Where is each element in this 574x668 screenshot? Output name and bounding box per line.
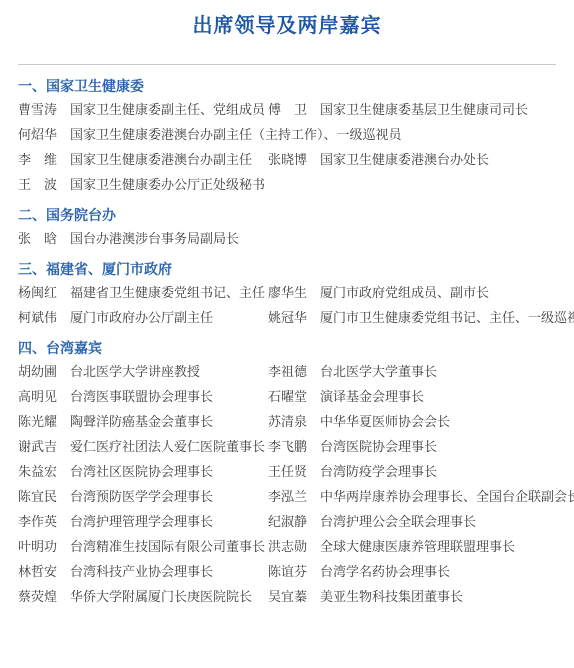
attendee-row: 柯斌伟厦门市政府办公厅副主任姚冠华厦门市卫生健康委党组书记、主任、一级巡视员 [18,310,556,327]
attendee-name: 姚冠华 [268,310,308,327]
attendee-name: 傅 卫 [268,102,308,119]
attendee-entry: 陈宜民台湾预防医学学会理事长 [18,489,268,506]
attendee-entry: 李泓兰中华两岸康养协会理事长、全国台企联副会长 [268,489,574,506]
attendee-entry: 张晓博国家卫生健康委港澳台办处长 [268,152,489,169]
attendee-name: 李祖德 [268,364,308,381]
attendee-position: 福建省卫生健康委党组书记、主任 [70,285,265,302]
attendee-name: 石曜堂 [268,389,308,406]
attendee-entry: 陈谊芬台湾学名药协会理事长 [268,564,450,581]
attendee-entry: 王任贤台湾防疫学会理事长 [268,464,437,481]
attendee-entry: 李作英台湾护理管理学会理事长 [18,514,268,531]
attendee-entry: 高明见台湾医事联盟协会理事长 [18,389,268,406]
attendee-entry: 苏清泉中华华夏医师协会会长 [268,414,450,431]
attendee-position: 国家卫生健康委办公厅正处级秘书 [70,177,265,194]
attendee-position: 中华华夏医师协会会长 [320,414,450,431]
attendee-position: 厦门市政府办公厅副主任 [70,310,213,327]
attendee-position: 台湾防疫学会理事长 [320,464,437,481]
attendee-position: 华侨大学附属厦门长庚医院院长 [70,589,252,606]
attendee-position: 中华两岸康养协会理事长、全国台企联副会长 [320,489,574,506]
attendee-row: 李作英台湾护理管理学会理事长纪淑静台湾护理公会全联会理事长 [18,514,556,531]
attendee-row: 张 晗国台办港澳涉台事务局副局长 [18,231,556,248]
attendee-name: 李飞鹏 [268,439,308,456]
attendee-name: 何炤华 [18,127,58,144]
attendee-entry: 叶明功台湾精准生技国际有限公司董事长 [18,539,268,556]
section-heading: 一、国家卫生健康委 [18,78,556,96]
attendee-name: 陈光耀 [18,414,58,431]
attendee-position: 厦门市卫生健康委党组书记、主任、一级巡视员 [320,310,574,327]
attendee-position: 台湾科技产业协会理事长 [70,564,213,581]
attendee-row: 朱益宏台湾社区医院协会理事长王任贤台湾防疫学会理事长 [18,464,556,481]
section-heading: 四、台湾嘉宾 [18,340,556,358]
attendee-position: 演译基金会理事长 [320,389,424,406]
attendee-name: 吴宜蓁 [268,589,308,606]
attendee-entry: 林哲安台湾科技产业协会理事长 [18,564,268,581]
attendee-position: 国家卫生健康委基层卫生健康司司长 [320,102,528,119]
attendee-name: 廖华生 [268,285,308,302]
attendee-row: 胡幼圃台北医学大学讲座教授李祖德台北医学大学董事长 [18,364,556,381]
section-heading: 三、福建省、厦门市政府 [18,261,556,279]
attendee-name: 曹雪涛 [18,102,58,119]
attendee-row: 叶明功台湾精准生技国际有限公司董事长洪志勋全球大健康医康养管理联盟理事长 [18,539,556,556]
attendee-entry: 李祖德台北医学大学董事长 [268,364,437,381]
section: 三、福建省、厦门市政府杨闽红福建省卫生健康委党组书记、主任廖华生厦门市政府党组成… [18,261,556,327]
attendee-position: 国家卫生健康委港澳台办处长 [320,152,489,169]
attendee-row: 谢武吉爱仁医疗社团法人爱仁医院董事长李飞鹏台湾医院协会理事长 [18,439,556,456]
divider-rule [18,64,556,65]
attendee-name: 洪志勋 [268,539,308,556]
attendee-position: 美亚生物科技集团董事长 [320,589,463,606]
attendee-name: 李泓兰 [268,489,308,506]
attendee-name: 张晓博 [268,152,308,169]
attendee-name: 苏清泉 [268,414,308,431]
attendee-entry: 李飞鹏台湾医院协会理事长 [268,439,437,456]
section: 四、台湾嘉宾胡幼圃台北医学大学讲座教授李祖德台北医学大学董事长高明见台湾医事联盟… [18,340,556,606]
attendee-entry: 张 晗国台办港澳涉台事务局副局长 [18,231,239,248]
attendee-name: 陈宜民 [18,489,58,506]
attendee-row: 曹雪涛国家卫生健康委副主任、党组成员傅 卫国家卫生健康委基层卫生健康司司长 [18,102,556,119]
attendee-entry: 姚冠华厦门市卫生健康委党组书记、主任、一级巡视员 [268,310,574,327]
attendee-name: 李 维 [18,152,58,169]
attendee-row: 王 波国家卫生健康委办公厅正处级秘书 [18,177,556,194]
attendee-position: 国家卫生健康委副主任、党组成员 [70,102,265,119]
attendee-row: 林哲安台湾科技产业协会理事长陈谊芬台湾学名药协会理事长 [18,564,556,581]
attendee-name: 蔡荧煌 [18,589,58,606]
attendee-name: 林哲安 [18,564,58,581]
attendee-name: 胡幼圃 [18,364,58,381]
attendee-position: 全球大健康医康养管理联盟理事长 [320,539,515,556]
attendee-name: 谢武吉 [18,439,58,456]
attendee-position: 台湾预防医学学会理事长 [70,489,213,506]
section: 一、国家卫生健康委曹雪涛国家卫生健康委副主任、党组成员傅 卫国家卫生健康委基层卫… [18,78,556,194]
attendee-position: 国台办港澳涉台事务局副局长 [70,231,239,248]
attendee-entry: 何炤华国家卫生健康委港澳台办副主任（主持工作）、一级巡视员 [18,127,402,144]
attendee-position: 台湾医院协会理事长 [320,439,437,456]
attendee-entry: 李 维国家卫生健康委港澳台办副主任 [18,152,268,169]
attendee-position: 爱仁医疗社团法人爱仁医院董事长 [70,439,265,456]
attendee-position: 台湾精准生技国际有限公司董事长 [70,539,265,556]
attendee-name: 纪淑静 [268,514,308,531]
attendee-name: 张 晗 [18,231,58,248]
attendee-entry: 朱益宏台湾社区医院协会理事长 [18,464,268,481]
attendee-name: 王 波 [18,177,58,194]
attendee-position: 台湾社区医院协会理事长 [70,464,213,481]
attendee-position: 台北医学大学讲座教授 [70,364,200,381]
attendee-row: 李 维国家卫生健康委港澳台办副主任张晓博国家卫生健康委港澳台办处长 [18,152,556,169]
attendee-entry: 王 波国家卫生健康委办公厅正处级秘书 [18,177,265,194]
attendee-position: 台湾学名药协会理事长 [320,564,450,581]
attendee-name: 叶明功 [18,539,58,556]
attendee-entry: 曹雪涛国家卫生健康委副主任、党组成员 [18,102,268,119]
attendee-name: 柯斌伟 [18,310,58,327]
attendee-row: 陈宜民台湾预防医学学会理事长李泓兰中华两岸康养协会理事长、全国台企联副会长 [18,489,556,506]
section: 二、国务院台办张 晗国台办港澳涉台事务局副局长 [18,207,556,248]
attendee-entry: 谢武吉爱仁医疗社团法人爱仁医院董事长 [18,439,268,456]
attendee-name: 高明见 [18,389,58,406]
attendee-position: 国家卫生健康委港澳台办副主任 [70,152,252,169]
attendee-name: 杨闽红 [18,285,58,302]
attendee-entry: 胡幼圃台北医学大学讲座教授 [18,364,268,381]
section-heading: 二、国务院台办 [18,207,556,225]
attendee-entry: 廖华生厦门市政府党组成员、副市长 [268,285,489,302]
attendee-row: 杨闽红福建省卫生健康委党组书记、主任廖华生厦门市政府党组成员、副市长 [18,285,556,302]
sections: 一、国家卫生健康委曹雪涛国家卫生健康委副主任、党组成员傅 卫国家卫生健康委基层卫… [18,78,556,606]
attendee-entry: 杨闽红福建省卫生健康委党组书记、主任 [18,285,268,302]
attendee-row: 何炤华国家卫生健康委港澳台办副主任（主持工作）、一级巡视员 [18,127,556,144]
attendee-position: 台湾护理管理学会理事长 [70,514,213,531]
attendee-entry: 柯斌伟厦门市政府办公厅副主任 [18,310,268,327]
attendee-position: 厦门市政府党组成员、副市长 [320,285,489,302]
attendee-entry: 洪志勋全球大健康医康养管理联盟理事长 [268,539,515,556]
attendee-name: 王任贤 [268,464,308,481]
attendee-entry: 纪淑静台湾护理公会全联会理事长 [268,514,476,531]
attendee-entry: 傅 卫国家卫生健康委基层卫生健康司司长 [268,102,528,119]
attendee-row: 陈光耀陶聲洋防癌基金会董事长苏清泉中华华夏医师协会会长 [18,414,556,431]
attendee-row: 蔡荧煌华侨大学附属厦门长庚医院院长吴宜蓁美亚生物科技集团董事长 [18,589,556,606]
attendee-position: 台湾医事联盟协会理事长 [70,389,213,406]
attendee-position: 陶聲洋防癌基金会董事长 [70,414,213,431]
attendee-position: 台湾护理公会全联会理事长 [320,514,476,531]
attendee-name: 李作英 [18,514,58,531]
attendee-entry: 陈光耀陶聲洋防癌基金会董事长 [18,414,268,431]
attendee-position: 台北医学大学董事长 [320,364,437,381]
attendee-position: 国家卫生健康委港澳台办副主任（主持工作）、一级巡视员 [70,127,402,144]
page-title: 出席领导及两岸嘉宾 [18,12,556,38]
attendee-entry: 蔡荧煌华侨大学附属厦门长庚医院院长 [18,589,268,606]
attendee-name: 陈谊芬 [268,564,308,581]
attendee-name: 朱益宏 [18,464,58,481]
attendee-entry: 吴宜蓁美亚生物科技集团董事长 [268,589,463,606]
attendee-row: 高明见台湾医事联盟协会理事长石曜堂演译基金会理事长 [18,389,556,406]
attendee-entry: 石曜堂演译基金会理事长 [268,389,424,406]
